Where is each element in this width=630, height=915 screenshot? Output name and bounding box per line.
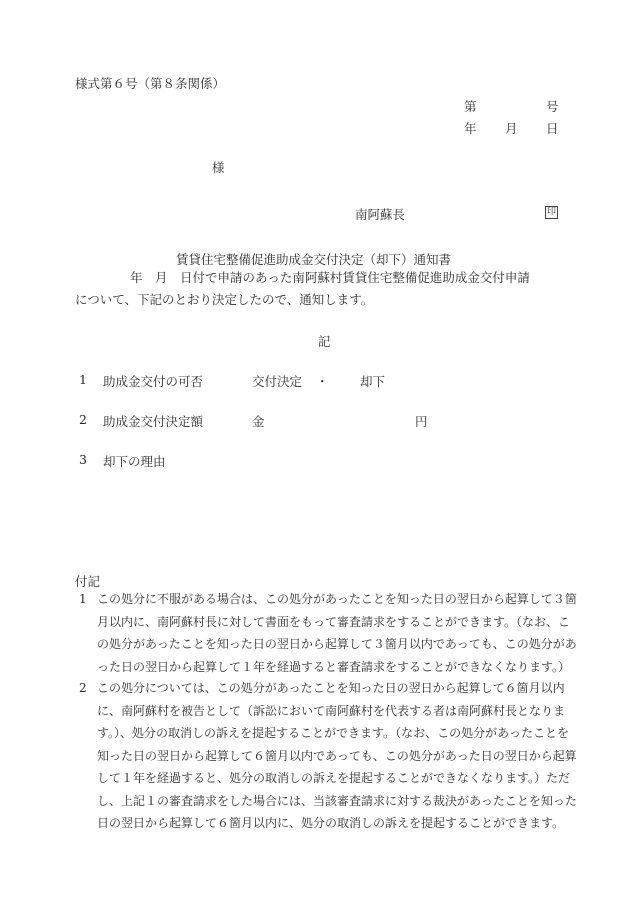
appendix-note-2: 2 この処分については、この処分があったことを知った日の翌日から起算して６箇月以… (75, 677, 580, 835)
amount-yen: 円 (415, 412, 428, 430)
form-number: 様式第６号（第８条関係） (75, 74, 225, 92)
ki-heading: 記 (318, 332, 331, 350)
item-label: 助成金交付決定額 (103, 412, 203, 430)
item-number: 1 (79, 372, 87, 387)
date-year: 年 (464, 119, 477, 137)
note-text: この処分に不服がある場合は、この処分があったことを知った日の翌日から起算して３箇… (75, 588, 580, 678)
note-text: この処分については、この処分があったことを知った日の翌日から起算して６箇月以内に… (75, 677, 580, 835)
item-number: 2 (79, 412, 87, 427)
option-separator: ・ (316, 372, 329, 390)
appendix-note-1: 1 この処分に不服がある場合は、この処分があったことを知った日の翌日から起算して… (75, 588, 580, 678)
ref-suffix: 号 (546, 97, 559, 115)
option-reject: 却下 (360, 372, 385, 390)
item-label: 却下の理由 (103, 452, 166, 470)
date-day: 日 (546, 119, 559, 137)
option-approve: 交付決定 (252, 372, 302, 390)
body-text-line2: について、下記のとおり決定したので、通知します。 (75, 290, 373, 308)
item-number: 3 (79, 452, 87, 467)
note-number: 1 (79, 588, 87, 611)
seal-icon: 印 (545, 206, 558, 219)
ref-prefix: 第 (464, 97, 477, 115)
body-text-line1: 年 月 日付で申請のあった南阿蘇村賃貸住宅整備促進助成金交付申請 (130, 268, 530, 286)
amount-prefix: 金 (252, 412, 265, 430)
document-title: 賃貸住宅整備促進助成金交付決定（却下）通知書 (176, 250, 451, 268)
note-number: 2 (79, 677, 87, 700)
addressee: 様 (212, 158, 225, 176)
issuer: 南阿蘇長 (355, 205, 405, 223)
date-month: 月 (505, 119, 518, 137)
item-label: 助成金交付の可否 (103, 372, 203, 390)
